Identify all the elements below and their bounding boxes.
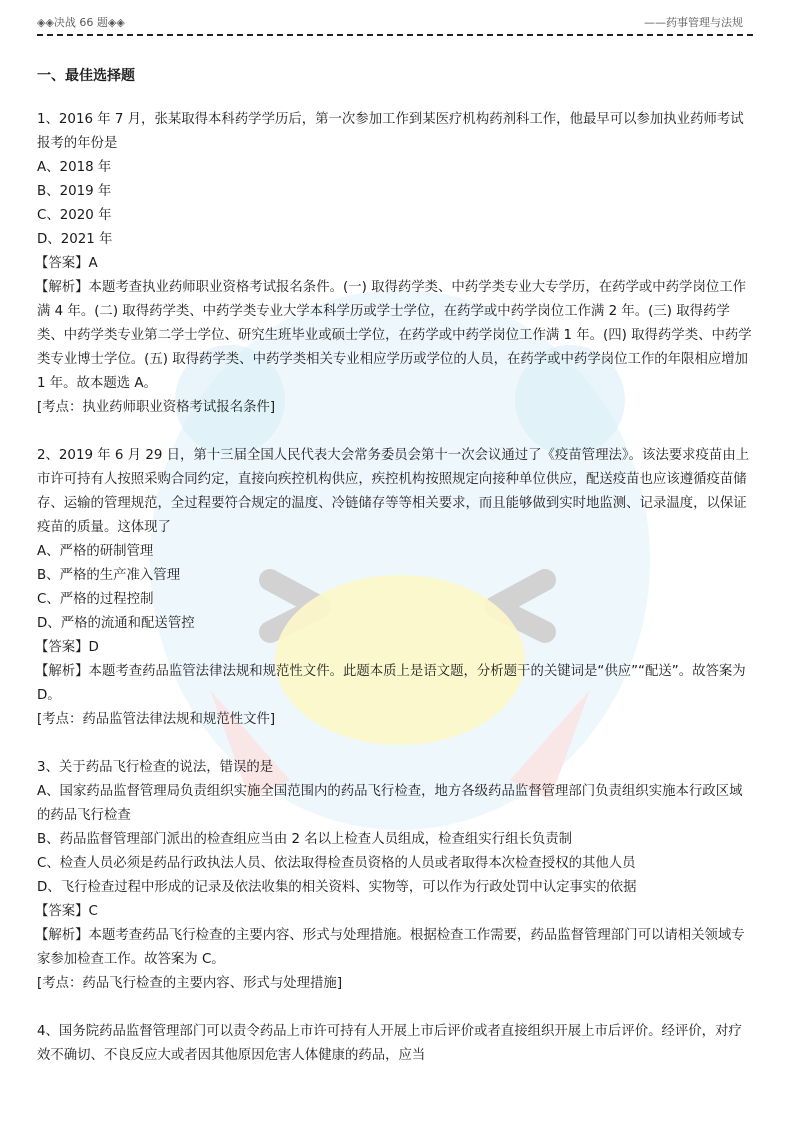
header-dashed-divider bbox=[37, 34, 753, 36]
option-b: B、严格的生产准入管理 bbox=[37, 564, 755, 588]
header-left-title: ◈◈决战 66 题◈◈ bbox=[37, 14, 125, 30]
question-4: 4、国务院药品监督管理部门可以责令药品上市许可持有人开展上市后评价或者直接组织开… bbox=[37, 1020, 755, 1068]
question-1: 1、2016 年 7 月，张某取得本科药学学历后，第一次参加工作到某医疗机构药剂… bbox=[37, 108, 755, 420]
question-3: 3、关于药品飞行检查的说法，错误的是 A、国家药品监督管理局负责组织实施全国范围… bbox=[37, 756, 755, 996]
answer: 【答案】D bbox=[37, 636, 755, 660]
analysis: 【解析】本题考查药品飞行检查的主要内容、形式与处理措施。根据检查工作需要，药品监… bbox=[37, 924, 755, 972]
option-a: A、国家药品监督管理局负责组织实施全国范围内的药品飞行检查，地方各级药品监督管理… bbox=[37, 780, 755, 828]
question-stem: 4、国务院药品监督管理部门可以责令药品上市许可持有人开展上市后评价或者直接组织开… bbox=[37, 1020, 755, 1068]
analysis: 【解析】本题考查执业药师职业资格考试报名条件。(一) 取得药学类、中药学类专业大… bbox=[37, 276, 755, 396]
option-c: C、检查人员必须是药品行政执法人员、依法取得检查员资格的人员或者取得本次检查授权… bbox=[37, 852, 755, 876]
section-title: 一、最佳选择题 bbox=[37, 64, 755, 88]
document-body: 一、最佳选择题 1、2016 年 7 月，张某取得本科药学学历后，第一次参加工作… bbox=[37, 64, 755, 1092]
exam-point: [考点：药品飞行检查的主要内容、形式与处理措施] bbox=[37, 972, 755, 996]
option-a: A、严格的研制管理 bbox=[37, 540, 755, 564]
option-b: B、2019 年 bbox=[37, 180, 755, 204]
option-d: D、严格的流通和配送管控 bbox=[37, 612, 755, 636]
exam-point: [考点：药品监管法律法规和规范性文件] bbox=[37, 708, 755, 732]
exam-point: [考点：执业药师职业资格考试报名条件] bbox=[37, 396, 755, 420]
question-2: 2、2019 年 6 月 29 日，第十三届全国人民代表大会常务委员会第十一次会… bbox=[37, 444, 755, 732]
answer: 【答案】C bbox=[37, 900, 755, 924]
option-c: C、2020 年 bbox=[37, 204, 755, 228]
page-header: ◈◈决战 66 题◈◈ ——药事管理与法规 bbox=[37, 14, 753, 36]
answer: 【答案】A bbox=[37, 252, 755, 276]
option-c: C、严格的过程控制 bbox=[37, 588, 755, 612]
question-stem: 2、2019 年 6 月 29 日，第十三届全国人民代表大会常务委员会第十一次会… bbox=[37, 444, 755, 540]
header-right-subject: ——药事管理与法规 bbox=[644, 14, 743, 30]
question-stem: 3、关于药品飞行检查的说法，错误的是 bbox=[37, 756, 755, 780]
option-b: B、药品监督管理部门派出的检查组应当由 2 名以上检查人员组成，检查组实行组长负… bbox=[37, 828, 755, 852]
option-a: A、2018 年 bbox=[37, 156, 755, 180]
analysis: 【解析】本题考查药品监管法律法规和规范性文件。此题本质上是语文题，分析题干的关键… bbox=[37, 660, 755, 708]
question-stem: 1、2016 年 7 月，张某取得本科药学学历后，第一次参加工作到某医疗机构药剂… bbox=[37, 108, 755, 156]
option-d: D、飞行检查过程中形成的记录及依法收集的相关资料、实物等，可以作为行政处罚中认定… bbox=[37, 876, 755, 900]
option-d: D、2021 年 bbox=[37, 228, 755, 252]
